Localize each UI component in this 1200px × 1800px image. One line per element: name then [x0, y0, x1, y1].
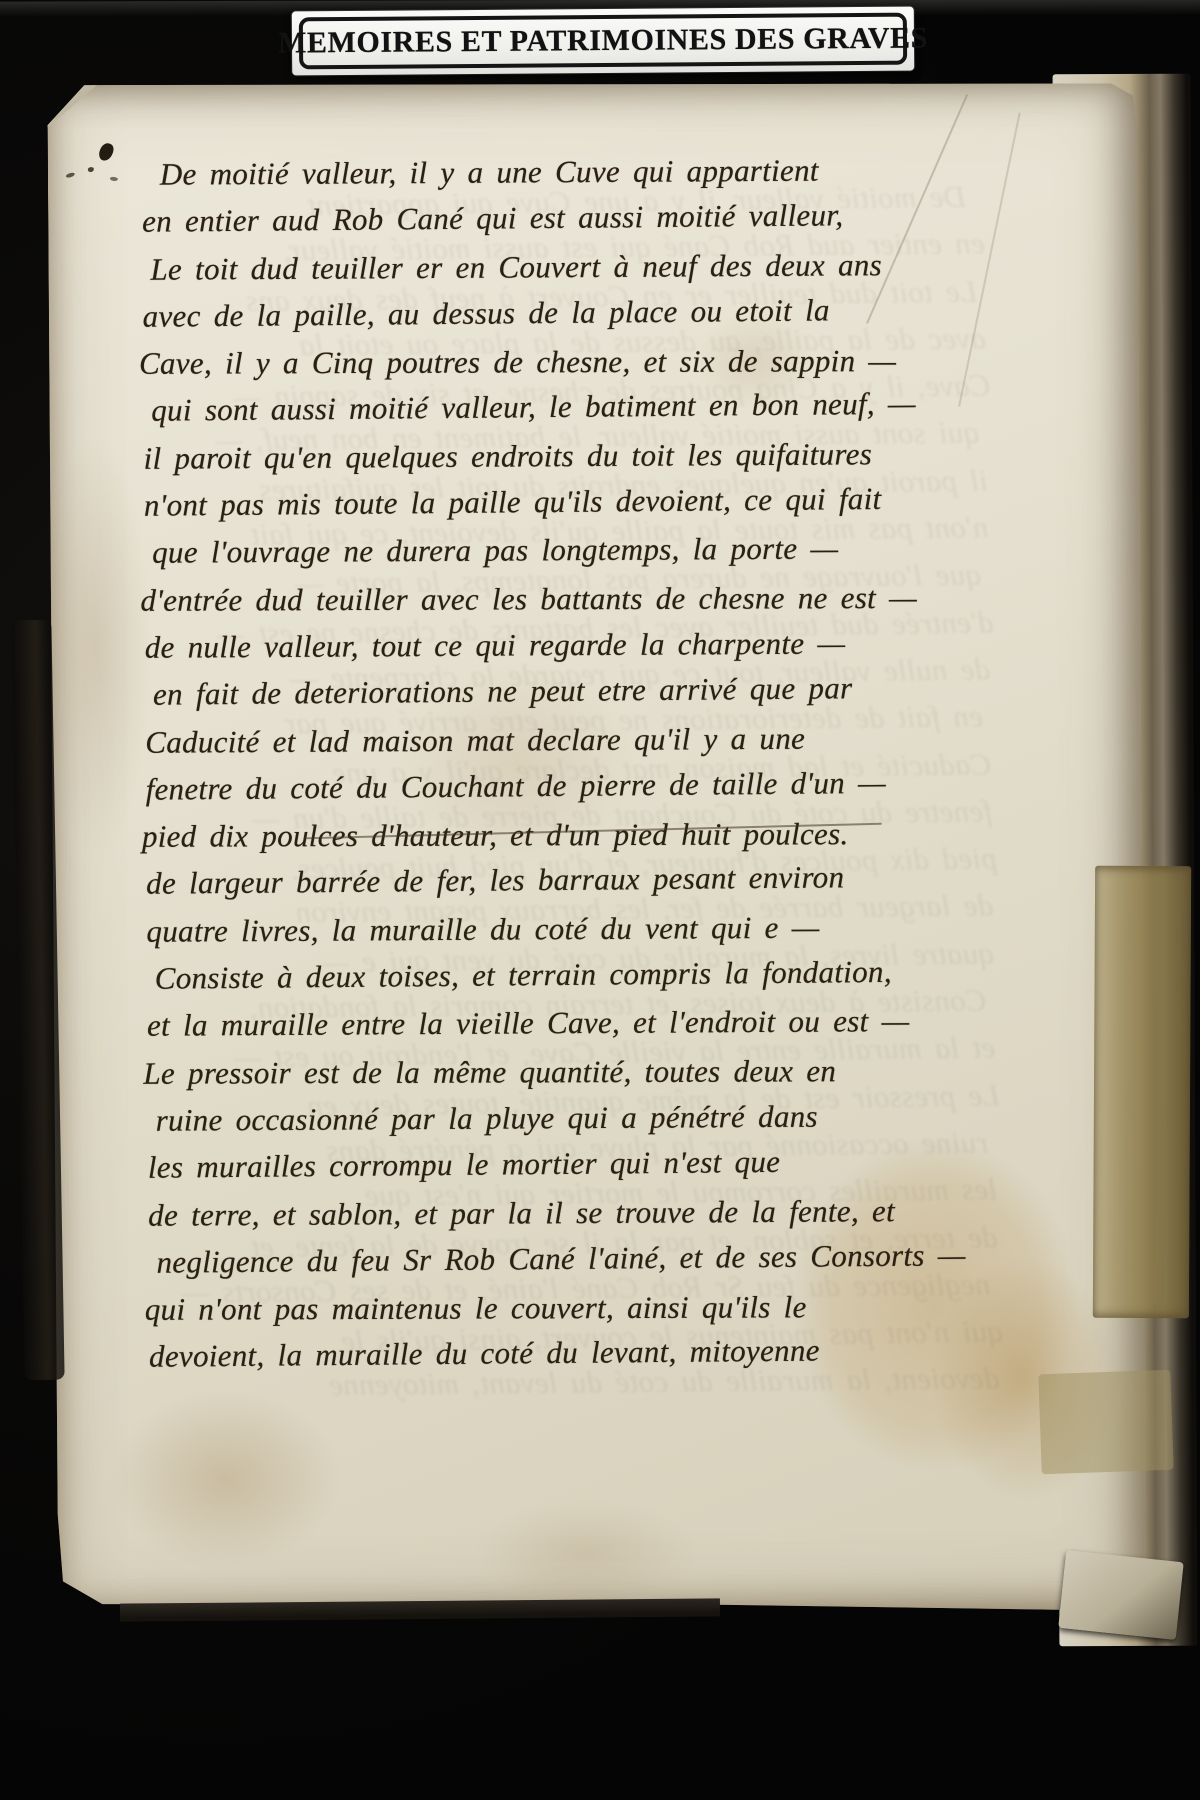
ink-blot [110, 176, 119, 181]
manuscript-line: en fait de deteriorations ne peut etre a… [153, 669, 1045, 725]
manuscript-line: n'ont pas mis toute la paille qu'ils dev… [144, 480, 1044, 536]
manuscript-line: que l'ouvrage ne durera pas longtemps, l… [152, 530, 1044, 583]
underlying-page-edge [120, 1598, 720, 1621]
header-label: MEMOIRES ET PATRIMOINES DES GRAVES [292, 7, 914, 76]
header-title: MEMOIRES ET PATRIMOINES DES GRAVES [278, 21, 928, 60]
photo-background: MEMOIRES ET PATRIMOINES DES GRAVES De mo… [0, 0, 1200, 1800]
stain [65, 1353, 387, 1605]
ink-blot [97, 141, 115, 162]
manuscript-line: avec de la paille, au dessus de la place… [143, 290, 1043, 346]
manuscript-line: negligence du feu Sr Rob Cané l'ainé, et… [156, 1236, 1048, 1292]
manuscript-line: de largeur barrée de fer, les barraux pe… [146, 858, 1046, 914]
manuscript-line: Le pressoir est de la même quantité, tou… [143, 1052, 1047, 1103]
manuscript-line: en entier aud Rob Cané qui est aussi moi… [142, 196, 1042, 252]
binding-tape [1093, 866, 1191, 1318]
manuscript-line: d'entrée dud teuiller avec les battants … [140, 579, 1044, 630]
manuscript-line: devoient, la muraille du coté du levant,… [149, 1331, 1049, 1387]
manuscript-line: de terre, et sablon, et par la il se tro… [148, 1192, 1048, 1245]
binding-tape-patch [1038, 1370, 1173, 1475]
manuscript-page: De moitié valleur, il y a une Cuve qui a… [47, 79, 1146, 1622]
manuscript-line: et la muraille entre la vieille Cave, et… [147, 1003, 1047, 1056]
manuscript-line: fenetre du coté du Couchant de pierre de… [145, 763, 1045, 819]
manuscript-line: Consiste à deux toises, et terrain compr… [155, 953, 1047, 1009]
page-corner-fold [46, 84, 98, 128]
header-label-border: MEMOIRES ET PATRIMOINES DES GRAVES [299, 13, 907, 70]
page-stack-corner [1058, 1550, 1184, 1640]
manuscript-line: qui sont aussi moitié valleur, le batime… [151, 385, 1043, 441]
manuscript-line: les murailles corrompu le mortier qui n'… [148, 1142, 1048, 1198]
ink-blot [88, 167, 94, 172]
ink-blot [65, 172, 75, 178]
manuscript-lines: De moitié valleur, il y a une Cuve qui a… [141, 79, 1049, 1386]
